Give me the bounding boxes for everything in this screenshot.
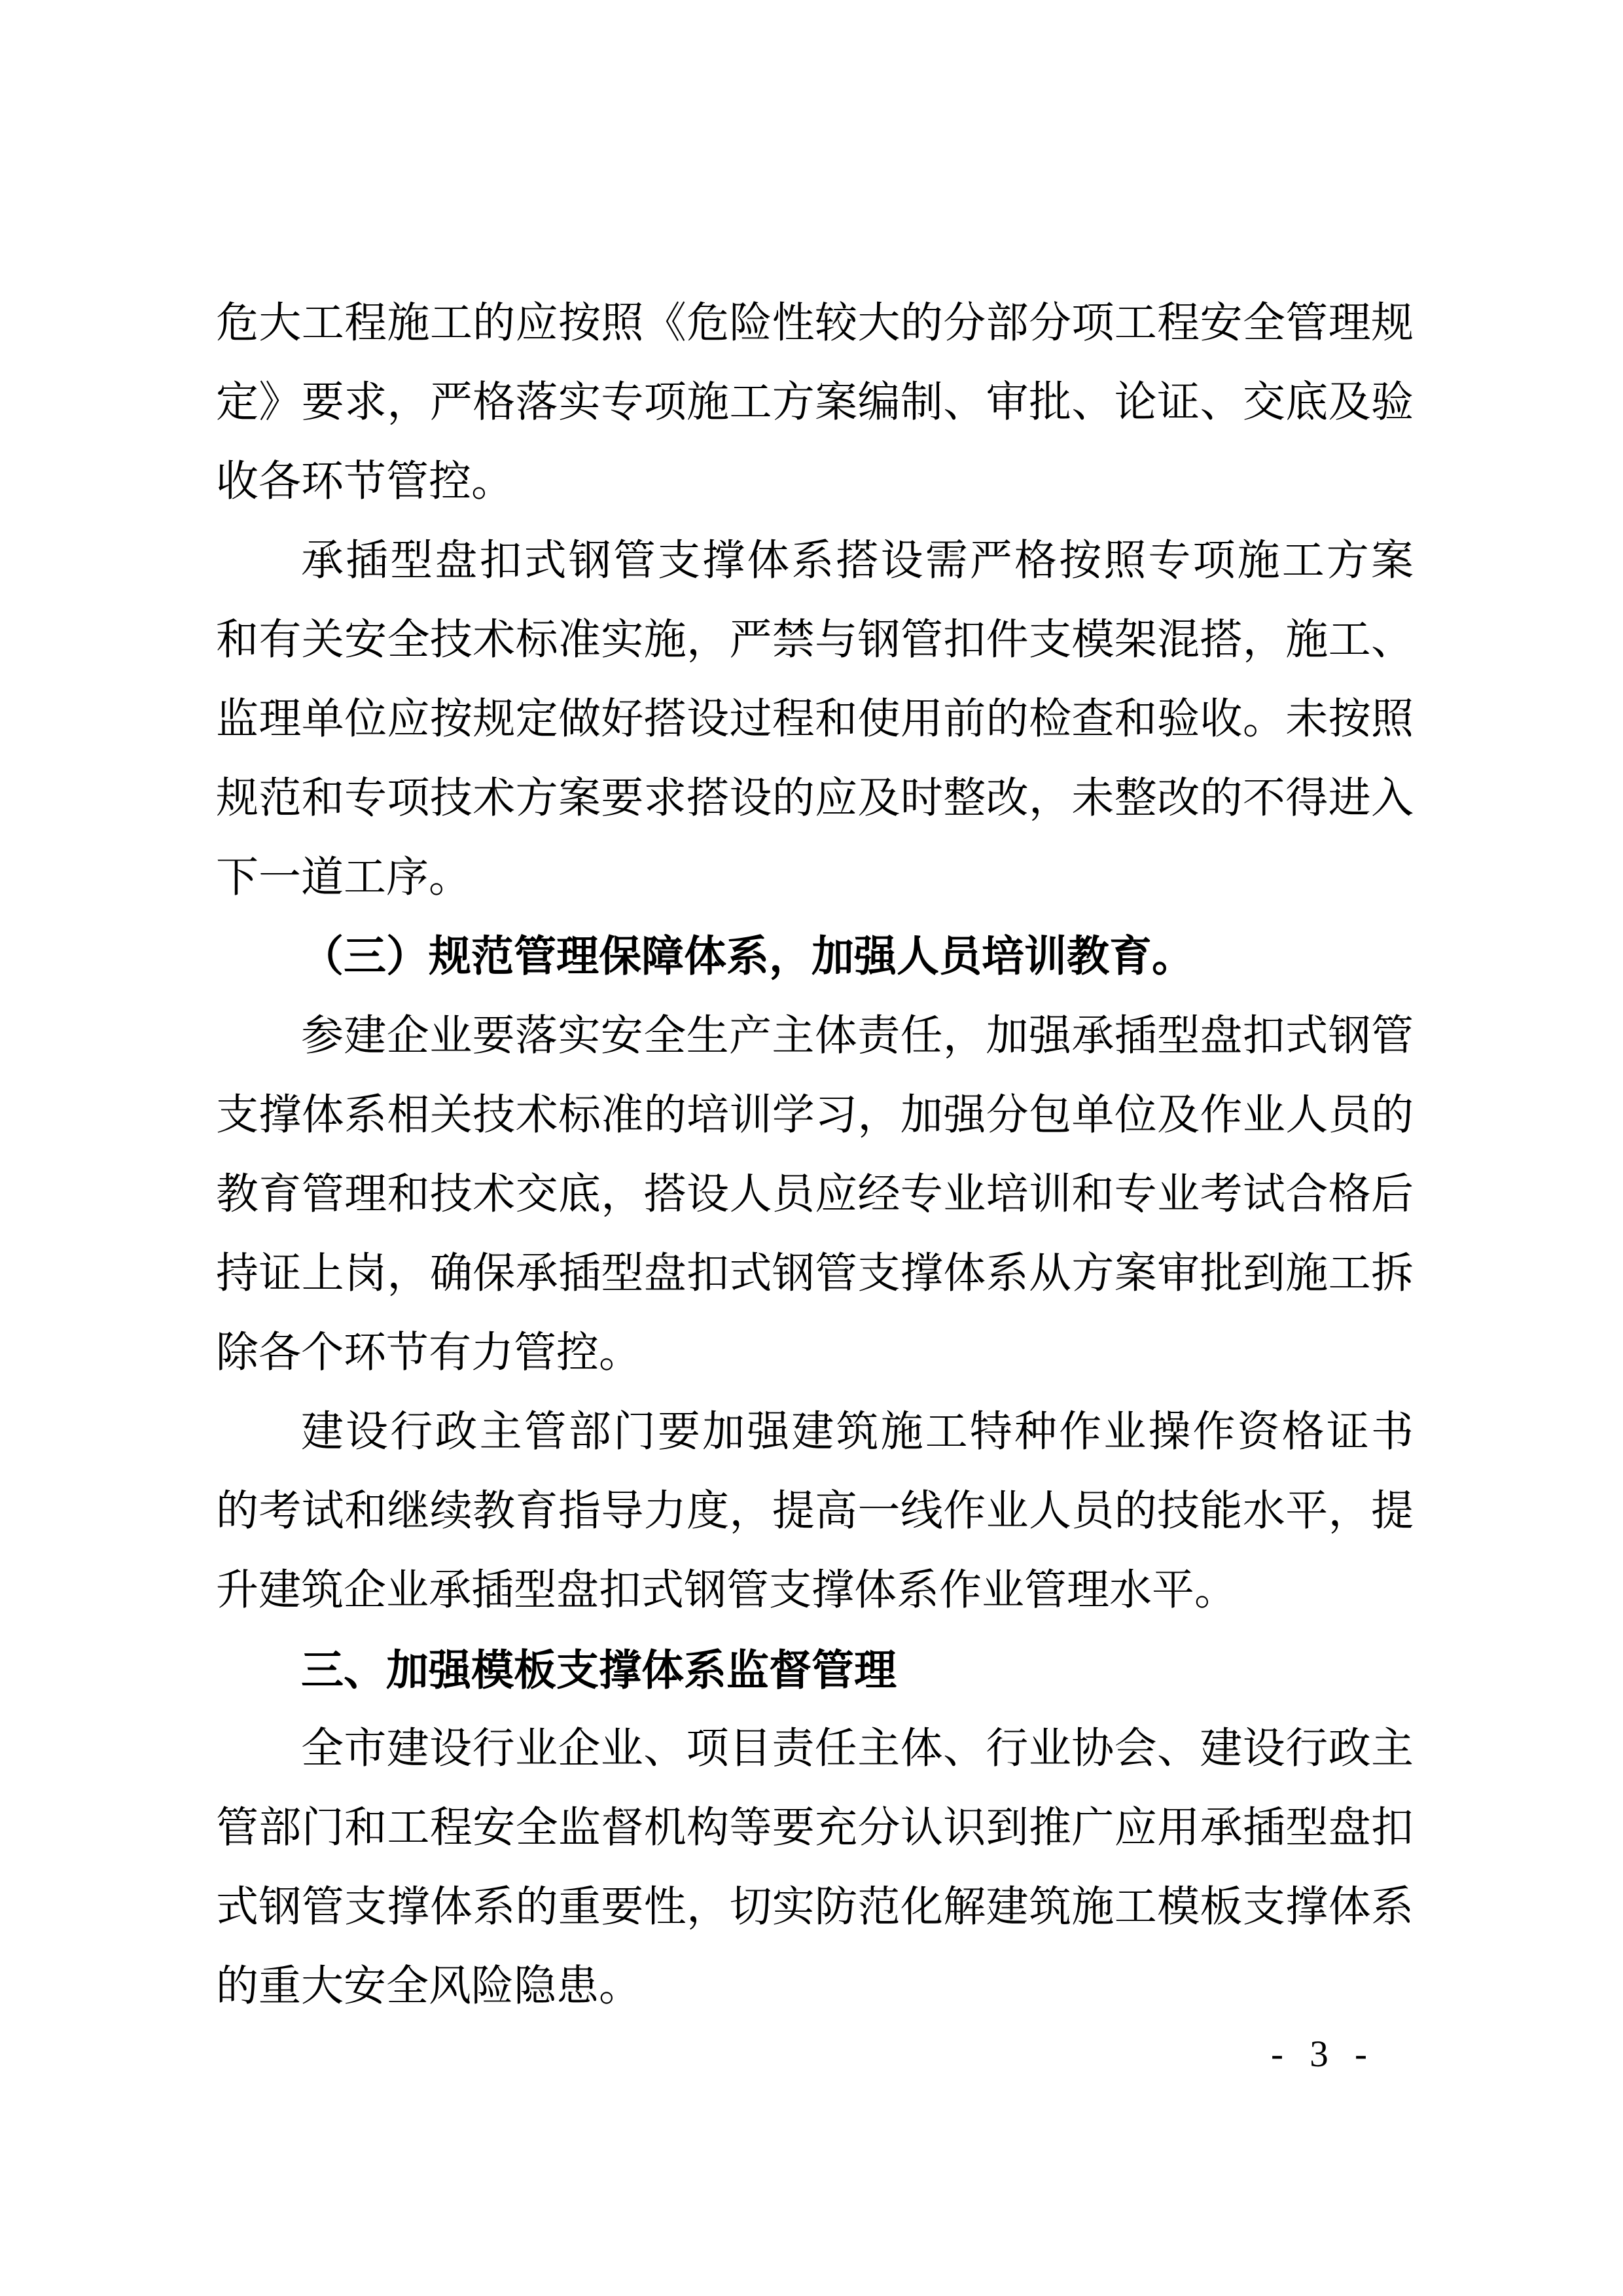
document-body: 危大工程施工的应按照《危险性较大的分部分项工程安全管理规 定》要求，严格落实专项… [216, 284, 1414, 2026]
body-line: 式钢管支撑体系的重要性，切实防范化解建筑施工模板支撑体系 [216, 1868, 1414, 1947]
section-heading-iii: 三、加强模板支撑体系监督管理 [216, 1630, 1414, 1710]
body-line: 升建筑企业承插型盘扣式钢管支撑体系作业管理水平。 [216, 1551, 1414, 1630]
body-line: 承插型盘扣式钢管支撑体系搭设需严格按照专项施工方案 [216, 522, 1414, 601]
body-line: 参建企业要落实安全生产主体责任，加强承插型盘扣式钢管 [216, 997, 1414, 1076]
body-line: 收各环节管控。 [216, 442, 1414, 522]
body-line: 和有关安全技术标准实施，严禁与钢管扣件支模架混搭，施工、 [216, 601, 1414, 680]
document-page: 危大工程施工的应按照《危险性较大的分部分项工程安全管理规 定》要求，严格落实专项… [0, 0, 1623, 2296]
body-line: 危大工程施工的应按照《危险性较大的分部分项工程安全管理规 [216, 284, 1414, 363]
body-line: 持证上岗，确保承插型盘扣式钢管支撑体系从方案审批到施工拆 [216, 1234, 1414, 1314]
body-line: 规范和专项技术方案要求搭设的应及时整改，未整改的不得进入 [216, 759, 1414, 838]
body-line: 全市建设行业企业、项目责任主体、行业协会、建设行政主 [216, 1710, 1414, 1789]
body-line: 支撑体系相关技术标准的培训学习，加强分包单位及作业人员的 [216, 1076, 1414, 1155]
section-heading-3: （三）规范管理保障体系，加强人员培训教育。 [216, 918, 1414, 997]
body-line: 管部门和工程安全监督机构等要充分认识到推广应用承插型盘扣 [216, 1789, 1414, 1868]
body-line: 监理单位应按规定做好搭设过程和使用前的检查和验收。未按照 [216, 680, 1414, 759]
body-line: 教育管理和技术交底，搭设人员应经专业培训和专业考试合格后 [216, 1155, 1414, 1234]
body-line: 建设行政主管部门要加强建筑施工特种作业操作资格证书 [216, 1393, 1414, 1472]
body-line: 除各个环节有力管控。 [216, 1314, 1414, 1393]
body-line: 定》要求，严格落实专项施工方案编制、审批、论证、交底及验 [216, 363, 1414, 442]
page-number: - 3 - [1271, 2033, 1376, 2076]
body-line: 下一道工序。 [216, 838, 1414, 918]
body-line: 的重大安全风险隐患。 [216, 1947, 1414, 2026]
body-line: 的考试和继续教育指导力度，提高一线作业人员的技能水平，提 [216, 1472, 1414, 1551]
